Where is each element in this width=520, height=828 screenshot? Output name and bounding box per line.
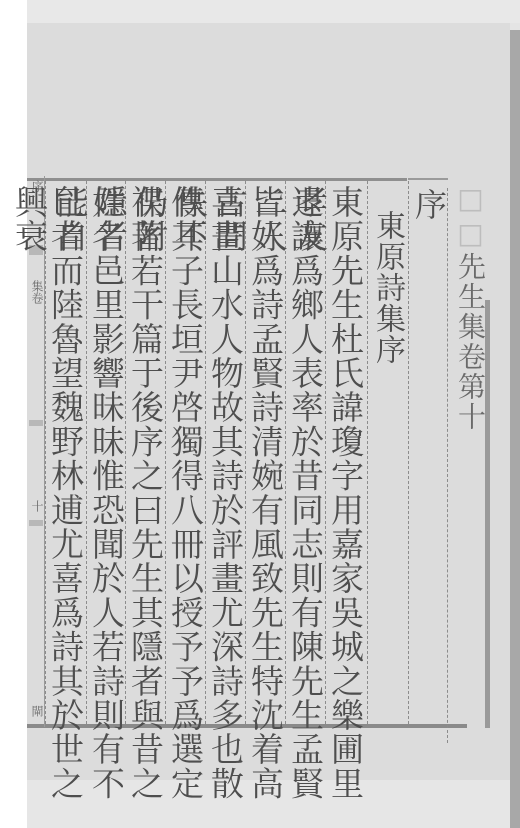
- fish-tail-mark: [29, 420, 43, 426]
- column-rule: [408, 181, 409, 724]
- scan-top-band: [27, 0, 520, 23]
- text-column-3: 皆好爲詩孟賢詩清婉有風致先生特沈着高古間: [247, 185, 283, 828]
- title-faded-prefix: □□: [454, 182, 487, 252]
- frame-top-border-title: [408, 178, 448, 180]
- text-column-4: 喜畫山水人物故其詩於評畫尤深詩多也散佚不: [207, 185, 243, 828]
- spine-bottom-mark: 十: [28, 500, 44, 512]
- text-column-6: 褋著若干篇于後序之曰先生其隱者與昔之隱者: [127, 185, 163, 828]
- preface-heading: 東原詩集序: [369, 210, 405, 365]
- text-column-8: 巳者而陸魯望魏野林逋尤喜爲詩其於世之興衰: [47, 185, 83, 828]
- frame-top-border: [27, 178, 407, 181]
- spine-foot-mark: 閘: [28, 705, 44, 717]
- text-column-5: 傳其子長垣尹啓獨得八冊以授予予爲選定仍附: [167, 185, 203, 828]
- section-label: 序: [411, 188, 447, 221]
- fish-tail-mark: [29, 520, 43, 526]
- text-column-2: 退讓爲鄉人表率於昔同志則有陳先生孟賢二人: [287, 185, 323, 828]
- spine-label: 集卷: [28, 280, 44, 304]
- title-column-rule: [447, 188, 448, 743]
- text-column-7: 姓名邑里影響昧昧惟恐聞於人若詩則有不能自: [88, 185, 124, 828]
- spine-fold: [28, 176, 45, 727]
- text-column-1: 東原先生杜氏諱瓊字用嘉家吳城之樂圃里孝友: [327, 185, 363, 828]
- column-rule: [367, 181, 368, 724]
- title-text: 先生集卷第十: [454, 252, 487, 432]
- volume-title: □□先生集卷第十: [452, 182, 488, 432]
- page-edge-shadow: [510, 30, 520, 828]
